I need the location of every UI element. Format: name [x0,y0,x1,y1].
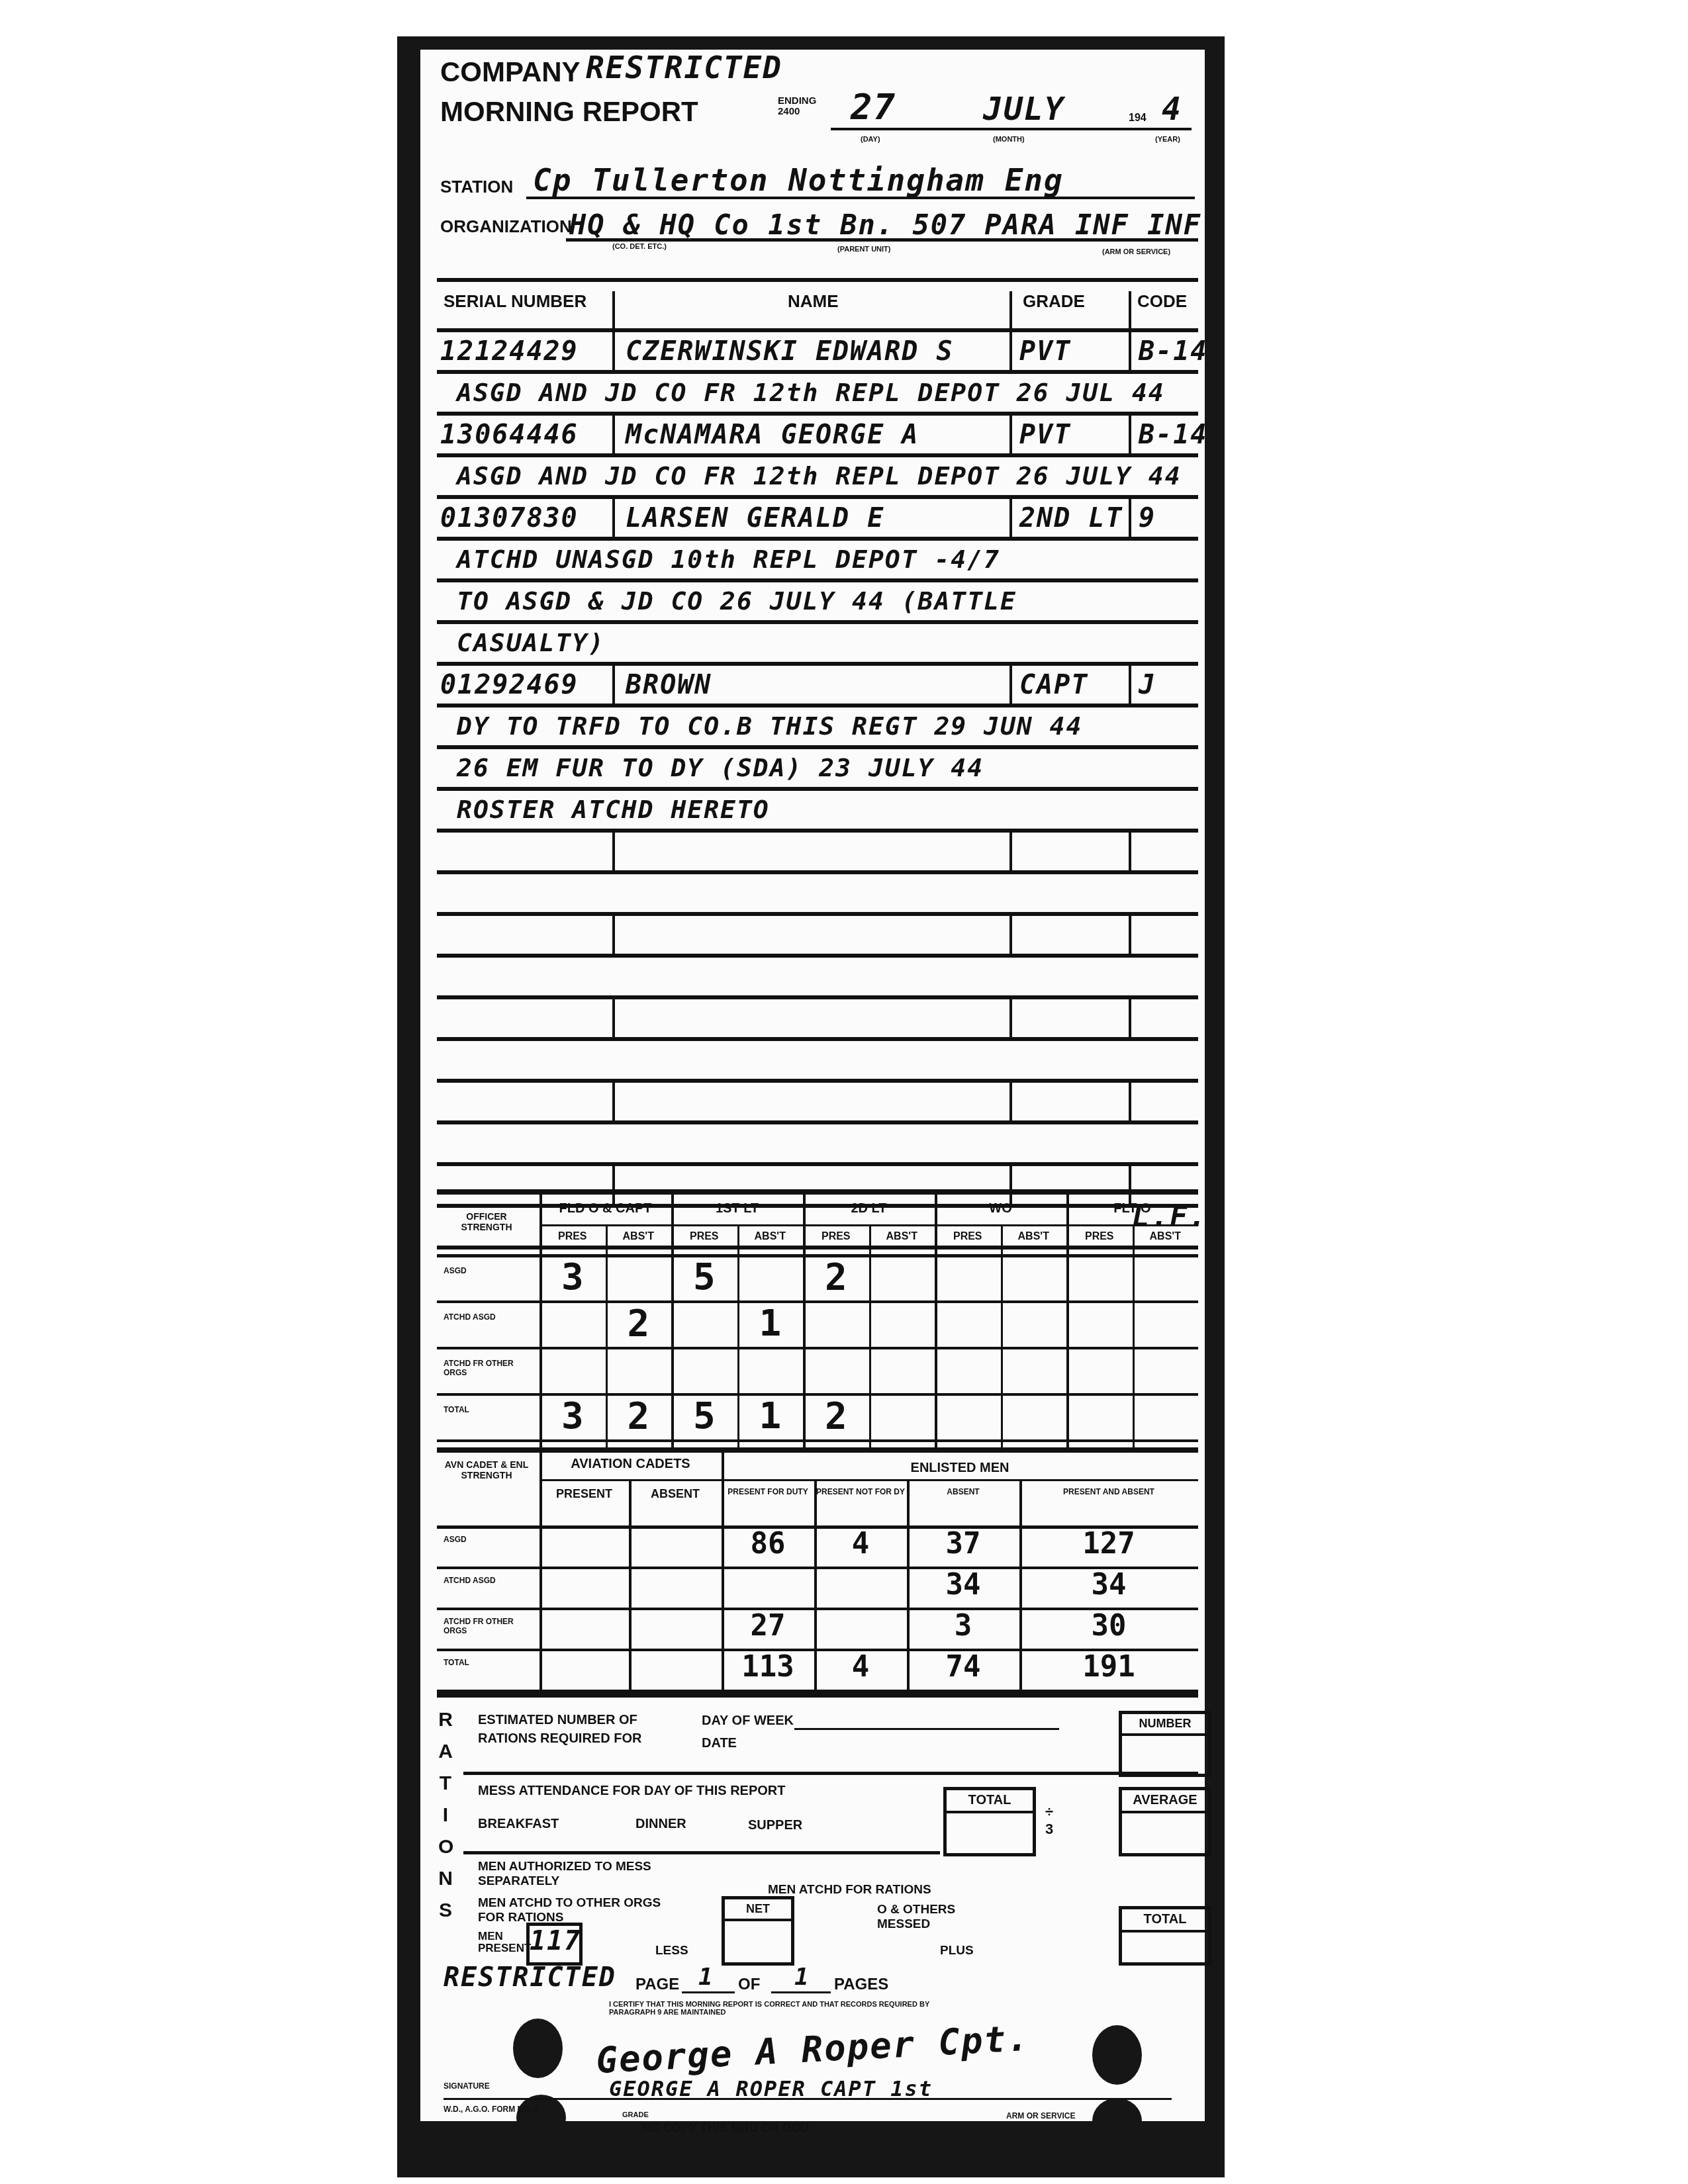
organization-label: ORGANIZATION [440,216,572,237]
signature-label: SIGNATURE [444,2081,490,2091]
page-label: PAGE [635,1976,679,1994]
enlisted-value: 4 [814,1527,907,1561]
officer-value: 2 [606,1394,672,1437]
roster-table: SERIAL NUMBER NAME GRADE CODE 12124429CZ… [437,278,1198,1250]
enlisted-col-header: PRESENT [539,1487,629,1501]
enlisted-strength-table: AVN CADET & ENL STRENGTHAVIATION CADETSE… [437,1447,1198,1698]
officer-value: 2 [803,1394,869,1437]
date-label: DATE [702,1736,737,1751]
form-footer: RESTRICTED PAGE 1 OF 1 PAGES I CERTIFY T… [437,1962,1198,2121]
officer-subcol: PRES [935,1231,1001,1243]
officer-group-1: 1ST LT [671,1201,803,1216]
officer-strength-table: OFFICER STRENGTHFLD O & CAPTPRESABS'T1ST… [437,1189,1198,1453]
table-row: CASUALTY) [437,624,1198,666]
roster-body: 12124429CZERWINSKI EDWARD SPVTB-14ASGD A… [437,332,1198,1250]
officer-subcol: ABS'T [1133,1231,1199,1243]
org-sublabel-parent: (PARENT UNIT) [837,246,890,253]
enlisted-strength-label: AVN CADET & ENL STRENGTH [444,1459,530,1480]
table-row-blank [437,1124,1198,1166]
enlisted-value: 4 [814,1650,907,1684]
enlisted-col-header: ABSENT [907,1487,1019,1496]
average-label: AVERAGE [1122,1790,1208,1813]
enlisted-value: 34 [1019,1568,1198,1602]
enlisted-col-header: PRESENT NOT FOR DY [814,1487,907,1496]
grade: PVT [1019,420,1071,450]
officer-value: 3 [539,1394,606,1437]
officer-value: 2 [606,1302,672,1345]
col-name: NAME [788,291,839,312]
officer-group-0: FLD O & CAPT [539,1201,671,1216]
form-title-morning-report: MORNING REPORT [440,96,698,128]
vline [869,1224,871,1453]
enlisted-value: 27 [722,1609,814,1643]
remark-text: ROSTER ATCHD HERETO [457,795,770,824]
enlisted-col-header: PRESENT FOR DUTY [722,1487,814,1496]
officer-value: 5 [671,1255,737,1298]
vline [629,1480,632,1698]
roster-header: SERIAL NUMBER NAME GRADE CODE [437,278,1198,332]
officer-subcol: ABS'T [1001,1231,1067,1243]
enlisted-row-label: ATCHD ASGD [444,1576,530,1585]
certify-text: I CERTIFY THAT THIS MORNING REPORT IS CO… [609,2001,940,2017]
remark-text: 26 EM FUR TO DY (SDA) 23 JULY 44 [457,753,984,782]
table-row: ASGD AND JD CO FR 12th REPL DEPOT 26 JUL… [437,457,1198,499]
number-box: NUMBER [1119,1711,1211,1777]
officer-subcol: PRES [671,1231,737,1243]
serial-number: 13064446 [440,420,579,450]
serial-number: 01292469 [440,670,579,700]
enlisted-value: 191 [1019,1650,1198,1684]
officer-value: 1 [737,1302,804,1345]
officer-subcol: ABS'T [737,1231,804,1243]
table-row-blank [437,958,1198,999]
grade-label: GRADE [622,2111,649,2119]
ending-label: ENDING 2400 [778,96,824,117]
enlisted-row-label: ASGD [444,1535,530,1544]
name: LARSEN GERALD E [626,503,884,533]
punch-hole-right-top [1092,2025,1142,2085]
table-row: ASGD AND JD CO FR 12th REPL DEPOT 26 JUL… [437,374,1198,416]
mess-total-label: TOTAL [947,1790,1033,1813]
table-row: TO ASGD & JD CO 26 JULY 44 (BATTLE [437,582,1198,624]
table-row-blank [437,1083,1198,1124]
hline [437,1300,1198,1303]
net-label: NET [725,1899,791,1921]
hline [539,1224,1198,1226]
table-row: 01307830LARSEN GERALD E2ND LT9 [437,499,1198,541]
officer-row-label: TOTAL [444,1405,530,1414]
officer-group-2: 2D LT [803,1201,935,1216]
officer-row-label: ATCHD ASGD [444,1312,530,1322]
code: J [1139,670,1156,700]
vline [1133,1224,1135,1453]
officer-value: 1 [737,1394,804,1437]
divide-by-three: ÷ 3 [1043,1803,1056,1838]
table-row-blank [437,1041,1198,1083]
officer-subcol: PRES [803,1231,869,1243]
enlisted-value: 86 [722,1527,814,1561]
signature: George A Roper Cpt. [595,2017,1031,2081]
code: B-14 [1139,336,1207,367]
rations-section: RATIONS ESTIMATED NUMBER OF RATIONS REQU… [437,1692,1198,1962]
enlisted-col-header: PRESENT AND ABSENT [1019,1487,1198,1496]
enlisted-value: 3 [907,1609,1019,1643]
remark-text: TO ASGD & JD CO 26 JULY 44 (BATTLE [457,586,1017,615]
table-row: 26 EM FUR TO DY (SDA) 23 JULY 44 [437,749,1198,791]
footer-classification: RESTRICTED [444,1962,616,1993]
name: CZERWINSKI EDWARD S [626,336,954,367]
remark-text: CASUALTY) [457,628,605,657]
name: McNAMARA GEORGE A [626,420,919,450]
net-box: NET [722,1896,794,1966]
report-year: 4 [1162,91,1182,128]
men-present-label: MEN PRESENT [478,1931,524,1954]
officer-value: 3 [539,1255,606,1298]
rations-side-label: RATIONS [438,1704,453,1927]
report-day: 27 [851,86,896,128]
supper-label: SUPPER [748,1818,802,1833]
less-label: LESS [655,1944,688,1958]
hline [539,1479,1198,1481]
enlisted-men-label: ENLISTED MEN [722,1461,1198,1476]
table-row: 13064446McNAMARA GEORGE APVTB-14 [437,416,1198,457]
men-authorized-label: MEN AUTHORIZED TO MESS SEPARATELY [478,1860,677,1889]
men-atchd-rations-label: MEN ATCHD FOR RATIONS [768,1883,931,1897]
number-label: NUMBER [1122,1714,1208,1736]
officer-group-4: FLT O [1066,1201,1198,1216]
total-pages: 1 [794,1964,810,1991]
year-prefix: 194 [1129,113,1147,124]
men-present-box: 117 [526,1923,583,1966]
hline [437,1439,1198,1442]
page-number: 1 [698,1964,714,1991]
estimated-rations-label: ESTIMATED NUMBER OF RATIONS REQUIRED FOR [478,1711,690,1748]
grade: 2ND LT [1019,503,1123,533]
enlisted-value: 37 [907,1527,1019,1561]
enlisted-row-label: TOTAL [444,1658,530,1667]
remark-text: ASGD AND JD CO FR 12th REPL DEPOT 26 JUL… [457,378,1165,407]
col-serial-number: SERIAL NUMBER [444,291,586,312]
plus-label: PLUS [940,1944,974,1958]
officer-row-label: ATCHD FR OTHER ORGS [444,1359,530,1377]
men-present-value: 117 [530,1926,579,1956]
table-row: DY TO TRFD TO CO.B THIS REGT 29 JUN 44 [437,707,1198,749]
officer-subcol: PRES [539,1231,606,1243]
average-box: AVERAGE [1119,1787,1211,1856]
station-value: Cp Tullerton Nottingham Eng [533,162,1064,198]
day-sublabel: (DAY) [861,136,880,144]
copy-note: NO COPY THIS MRU OR OCU [642,2121,809,2135]
org-sublabel-arm: (ARM OR SERVICE) [1102,248,1170,256]
table-row: 01292469BROWNCAPTJ [437,666,1198,707]
serial-number: 12124429 [440,336,579,367]
report-month: JULY [983,91,1065,128]
dinner-label: DINNER [635,1817,686,1832]
table-row: 12124429CZERWINSKI EDWARD SPVTB-14 [437,332,1198,374]
men-atchd-other-label: MEN ATCHD TO OTHER ORGS FOR RATIONS [478,1896,677,1925]
classification-stamp: RESTRICTED [586,50,782,85]
table-row-blank [437,833,1198,874]
day-of-week-label: DAY OF WEEK [702,1713,794,1729]
mess-total-box: TOTAL [943,1787,1036,1856]
station-label: STATION [440,177,513,197]
aviation-cadets-label: AVIATION CADETS [539,1457,722,1472]
enlisted-value: 34 [907,1568,1019,1602]
remark-text: ASGD AND JD CO FR 12th REPL DEPOT 26 JUL… [457,461,1182,490]
form-paper: COMPANY RESTRICTED MORNING REPORT ENDING… [420,50,1205,2121]
year-sublabel: (YEAR) [1155,136,1180,144]
enlisted-col-header: ABSENT [629,1487,722,1501]
officer-value: 2 [803,1255,869,1298]
remark-text: ATCHD UNASGD 10th REPL DEPOT -4/7 [457,545,1000,574]
of-label: OF [738,1976,760,1994]
rations-total-box: TOTAL [1119,1906,1211,1966]
name: BROWN [626,670,712,700]
pages-label: PAGES [834,1976,888,1994]
grade: PVT [1019,336,1071,367]
table-row-blank [437,874,1198,916]
officer-strength-label: OFFICER STRENGTH [444,1211,530,1232]
mess-attendance-label: MESS ATTENDANCE FOR DAY OF THIS REPORT [478,1784,785,1799]
breakfast-label: BREAKFAST [478,1817,559,1832]
table-row-blank [437,999,1198,1041]
org-sublabel-company: (CO. DET. ETC.) [612,243,667,251]
officer-group-3: WO [935,1201,1066,1216]
form-title-company: COMPANY [440,56,581,88]
rations-total-label: TOTAL [1122,1909,1208,1933]
grade: CAPT [1019,670,1088,700]
enlisted-value: 74 [907,1650,1019,1684]
table-row: ROSTER ATCHD HERETO [437,791,1198,833]
col-code: CODE [1137,291,1187,312]
code: B-14 [1139,420,1207,450]
serial-number: 01307830 [440,503,579,533]
enlisted-value: 127 [1019,1527,1198,1561]
hline [437,1347,1198,1349]
arm-label: ARM OR SERVICE [1006,2111,1075,2120]
table-row: ATCHD UNASGD 10th REPL DEPOT -4/7 [437,541,1198,582]
table-row-blank [437,916,1198,958]
officer-value: 5 [671,1394,737,1437]
organization-value: HQ & HQ Co 1st Bn. 507 PARA INF INF [569,208,1201,241]
code: 9 [1139,503,1156,533]
month-sublabel: (MONTH) [993,136,1025,144]
enlisted-row-label: ATCHD FR OTHER ORGS [444,1617,530,1635]
o-others-messed-label: O & OTHERS MESSED [877,1903,963,1932]
officer-subcol: ABS'T [869,1231,935,1243]
enlisted-value: 113 [722,1650,814,1684]
vline [1001,1224,1003,1453]
remark-text: DY TO TRFD TO CO.B THIS REGT 29 JUN 44 [457,711,1082,741]
officer-subcol: PRES [1066,1231,1133,1243]
col-grade: GRADE [1023,291,1085,312]
morning-report-form: COMPANY RESTRICTED MORNING REPORT ENDING… [397,36,1225,2177]
officer-row-label: ASGD [444,1266,530,1275]
punch-hole-left-bottom [516,2095,566,2141]
officer-subcol: ABS'T [606,1231,672,1243]
punch-hole-right-bottom [1092,2098,1142,2144]
enlisted-value: 30 [1019,1609,1198,1643]
punch-hole-left-top [513,2019,563,2078]
form-number: W.D., A.G.O. FORM NO. 1 [444,2105,538,2114]
